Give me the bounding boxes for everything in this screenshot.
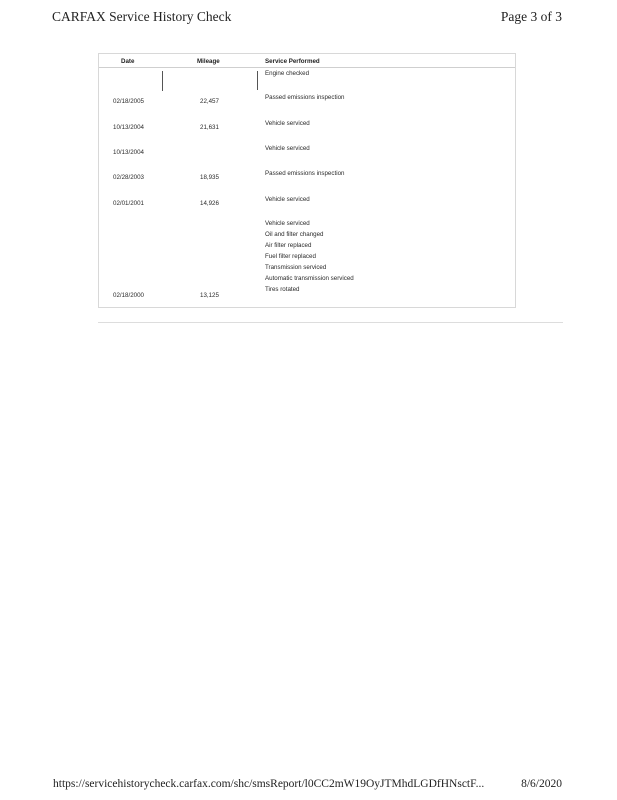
table-row-service: Vehicle serviced — [265, 118, 310, 129]
service-history-table: Date Mileage Service Performed Engine ch… — [98, 53, 516, 308]
footer-date: 8/6/2020 — [521, 778, 562, 790]
footer-url: https://servicehistorycheck.carfax.com/s… — [53, 778, 484, 790]
text-cursor-marker — [257, 71, 258, 90]
table-row-date: 02/28/2003 — [113, 174, 144, 181]
page-number: Page 3 of 3 — [501, 9, 562, 25]
table-row-date: 10/13/2004 — [113, 149, 144, 156]
column-header-service: Service Performed — [265, 58, 320, 65]
table-row-mileage: 18,935 — [200, 174, 219, 181]
page-header-title: CARFAX Service History Check — [52, 9, 231, 25]
table-row-service: Oil and filter changed — [265, 229, 323, 240]
table-row-service: Passed emissions inspection — [265, 92, 344, 103]
table-row-service: Automatic transmission serviced — [265, 273, 354, 284]
table-row-service: Engine checked — [265, 68, 309, 79]
table-row-date: 02/18/2005 — [113, 98, 144, 105]
table-row-service: Vehicle serviced — [265, 143, 310, 154]
table-row-mileage: 14,926 — [200, 200, 219, 207]
column-header-date: Date — [121, 58, 134, 65]
table-row-service: Air filter replaced — [265, 240, 311, 251]
text-cursor-marker — [162, 71, 163, 91]
table-row-service: Vehicle serviced — [265, 218, 310, 229]
table-row-mileage: 13,125 — [200, 292, 219, 299]
table-row-service: Tires rotated — [265, 284, 300, 295]
table-row-mileage: 21,631 — [200, 124, 219, 131]
table-row-date: 10/13/2004 — [113, 124, 144, 131]
table-row-service: Transmission serviced — [265, 262, 326, 273]
table-row-mileage: 22,457 — [200, 98, 219, 105]
table-row-service: Vehicle serviced — [265, 194, 310, 205]
table-row-date: 02/01/2001 — [113, 200, 144, 207]
table-row-service: Passed emissions inspection — [265, 168, 344, 179]
table-row-date: 02/18/2000 — [113, 292, 144, 299]
section-divider — [98, 322, 563, 323]
table-row-service: Fuel filter replaced — [265, 251, 316, 262]
column-header-mileage: Mileage — [197, 58, 220, 65]
